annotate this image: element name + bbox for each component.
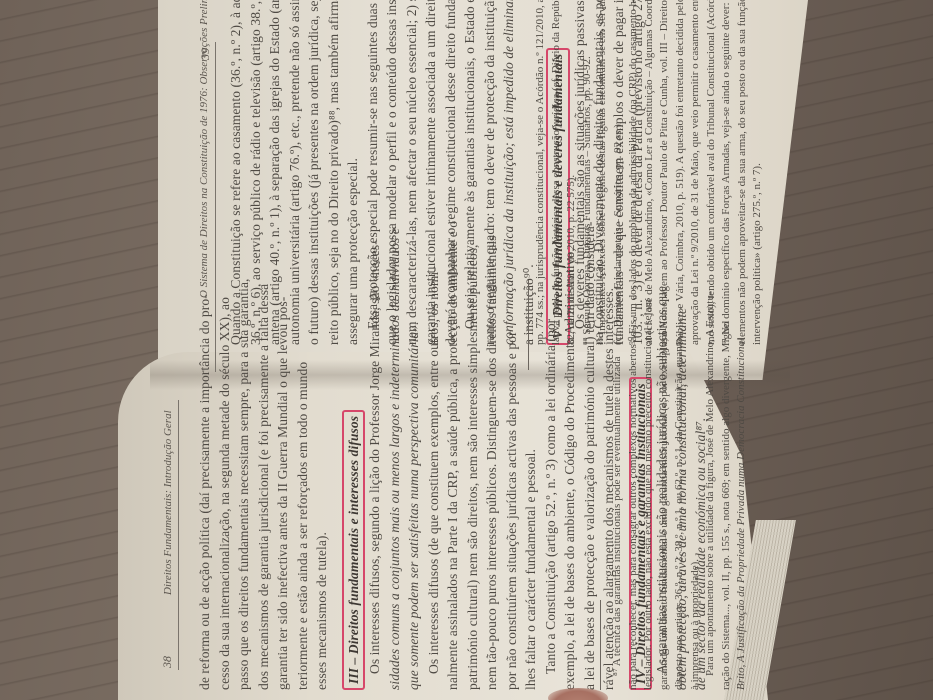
text-line: dos mecanismos de garantia jurisdicional… [254, 221, 274, 690]
text-line: por não constituírem situações jurídicas… [502, 221, 522, 690]
footnote-line: legislador. Por outro lado, não está exc… [641, 291, 657, 690]
text-line: sidades comuns a conjuntos mais ou menos… [385, 221, 405, 690]
text-line: teriormente e estão ainda a ser reforçad… [293, 221, 313, 690]
text-line: a lei de bases de protecção e valorizaçã… [580, 221, 600, 690]
text-line: cesso da sua internacionalização, na seg… [215, 221, 235, 690]
footnote-line: Para um apontamento sobre a utilidade da… [703, 291, 719, 690]
footnote-line: ⁸⁷ A técnica das garantias institucionai… [610, 291, 626, 690]
text-line: património cultural) nem são direitos, n… [463, 221, 483, 690]
footnote-line: intervenção política» (artigo 275.º, n.º… [750, 0, 766, 345]
footnote-line: ração do Sistema..., vol. II, pp. 155 s.… [719, 291, 735, 690]
section-title-iii-highlighted: III – Direitos fundamentais e interesses… [342, 410, 366, 690]
text-line: esses mecanismos de tutela). [312, 221, 332, 690]
text-line: nalmente assinalados na Parte I da CRP, … [443, 221, 463, 690]
text-line: exemplo, a lei de bases do ambiente, o C… [560, 221, 580, 690]
footnote-line: disposto nos artigos 36.º, n.º 2, 38.º, … [672, 291, 688, 690]
page-number-39: 39 [198, 48, 213, 60]
text-line: nem tão-pouco puros interesses públicos.… [482, 221, 502, 690]
text-line: passo que os direitos fundamentais neces… [234, 221, 254, 690]
text-line: lhes faltar o carácter fundamental e pes… [521, 221, 541, 690]
text-line: que somente podem ser satisfeitas numa p… [404, 221, 424, 690]
text-line: Os interesses difusos (de que constituem… [424, 221, 444, 690]
footnote-rule [600, 600, 601, 690]
footnote-line: não para reconhecer, mas para consagrar … [626, 291, 642, 690]
text-line: Os interesses difusos, segundo a lição d… [365, 221, 385, 690]
footnote-line: Brito, A Justificação da Propriedade Pri… [734, 291, 750, 690]
footnote-line: à imprensa ou à propriedade). [688, 291, 704, 690]
text-line: de reforma ou de acção política (daí pre… [195, 221, 215, 690]
text-line: garantia ter sido inefectiva antes da II… [273, 221, 293, 690]
running-head-page-38: Direitos Fundamentais: Introdução Geral [162, 410, 174, 595]
text-line: Tanto a Constituição (artigo 52.º, n.º 3… [541, 221, 561, 690]
footnote-line: garantidos um direito fundamental e uma … [657, 291, 673, 690]
page-number-38: 38 [160, 656, 175, 668]
header-rule [178, 400, 179, 670]
page-38-footnotes: ⁸⁷ A técnica das garantias institucionai… [610, 291, 750, 690]
